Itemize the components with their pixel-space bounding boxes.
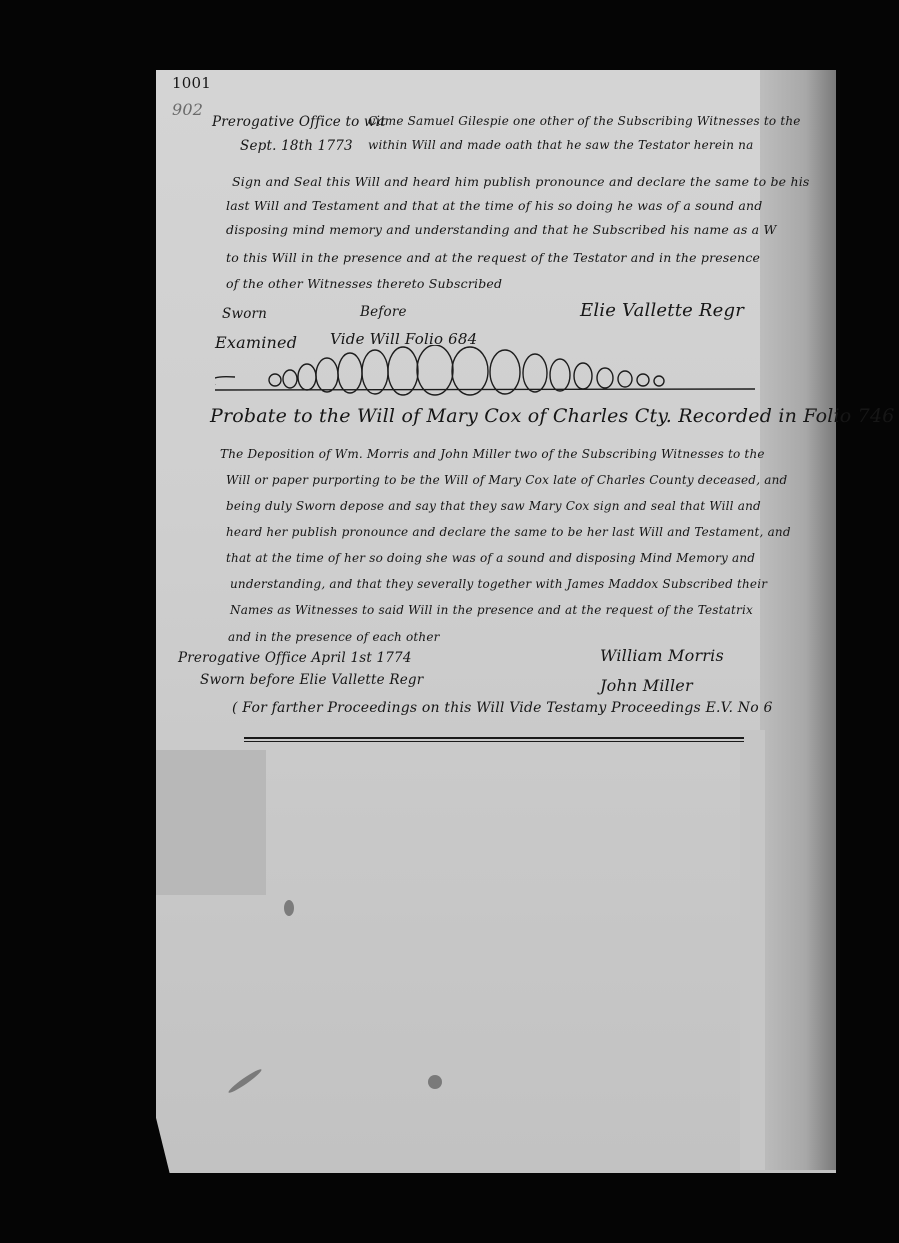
paper-overlay-strip [740,730,765,1170]
decorative-flourish [215,345,755,405]
ink-blot [284,900,294,916]
closing-rule-2 [244,741,744,742]
pencil-page-number: 902 [172,100,203,119]
section1-line-7: of the other Witnesses thereto Subscribe… [226,276,502,291]
section2-line-7: Names as Witnesses to said Will in the p… [230,603,753,617]
section1-line-2: within Will and made oath that he saw th… [368,138,753,152]
sworn-before: Sworn before Elie Vallette Regr [200,672,423,688]
ink-blot-2 [428,1075,442,1089]
section2-line-4: heard her publish pronounce and declare … [226,525,791,539]
witness-signature-william-morris: William Morris [600,646,724,665]
further-proceedings-note: ( For farther Proceedings on this Will V… [232,700,773,716]
registrar-signature: Elie Vallette Regr [580,300,744,321]
section2-line-8: and in the presence of each other [228,630,440,644]
office-date-1774: Prerogative Office April 1st 1774 [178,650,412,666]
section1-line-5: disposing mind memory and understanding … [226,222,777,237]
section1-line-4: last Will and Testament and that at the … [226,198,763,213]
office-caption: Prerogative Office to wit [212,114,386,130]
section2-line-5: that at the time of her so doing she was… [226,551,755,565]
section1-line-6: to this Will in the presence and at the … [226,250,760,265]
ink-page-number: 1001 [172,74,211,92]
section1-line-1: Came Samuel Gilespie one other of the Su… [368,114,801,128]
section1-line-3: Sign and Seal this Will and heard him pu… [232,174,810,189]
before-label: Before [360,304,407,320]
section2-line-1: The Deposition of Wm. Morris and John Mi… [220,447,765,461]
sworn-label: Sworn [222,306,267,322]
closing-rule [244,737,744,739]
section2-line-6: understanding, and that they severally t… [230,577,767,591]
office-date: Sept. 18th 1773 [240,138,353,154]
witness-signature-john-miller: John Miller [600,676,693,695]
probate-heading: Probate to the Will of Mary Cox of Charl… [210,405,895,427]
section2-line-3: being duly Sworn depose and say that the… [226,499,761,513]
section2-line-2: Will or paper purporting to be the Will … [226,473,787,487]
paper-repair-patch [156,750,266,895]
